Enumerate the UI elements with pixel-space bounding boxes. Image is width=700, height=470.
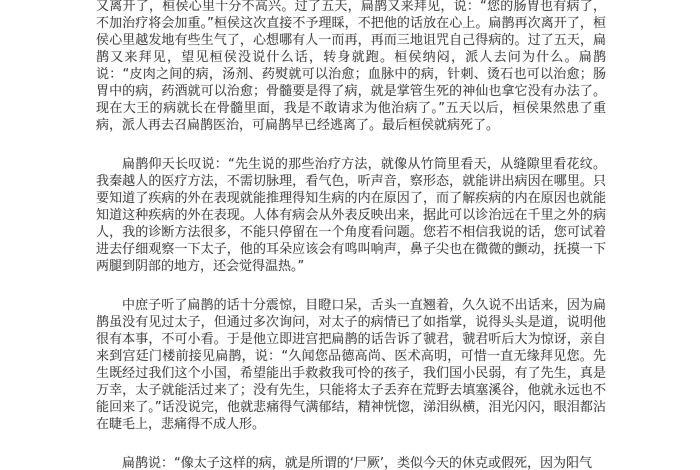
paragraph: 扁鹊说：“像太子这样的病，就是所谓的‘尸厥’，类似今天的休克或假死，因为阳气 <box>96 455 606 470</box>
paragraph: 扁鹊仰天长叹说：“先生说的那些治疗方法，就像从竹筒里看天，从缝隙里看花纹。我秦越… <box>96 156 606 275</box>
paragraph: 又离开了，桓侯心里十分不高兴。过了五天，扁鹊又来拜见，说：“您的肠胃也有病了，不… <box>96 0 606 134</box>
document-page: 又离开了，桓侯心里十分不高兴。过了五天，扁鹊又来拜见，说：“您的肠胃也有病了，不… <box>0 0 700 470</box>
paragraph: 中庶子听了扁鹊的话十分震惊，目瞪口呆，舌头一直翘着，久久说不出话来，因为扁鹊虽没… <box>96 297 606 433</box>
text-block: 又离开了，桓侯心里十分不高兴。过了五天，扁鹊又来拜见，说：“您的肠胃也有病了，不… <box>96 0 606 470</box>
